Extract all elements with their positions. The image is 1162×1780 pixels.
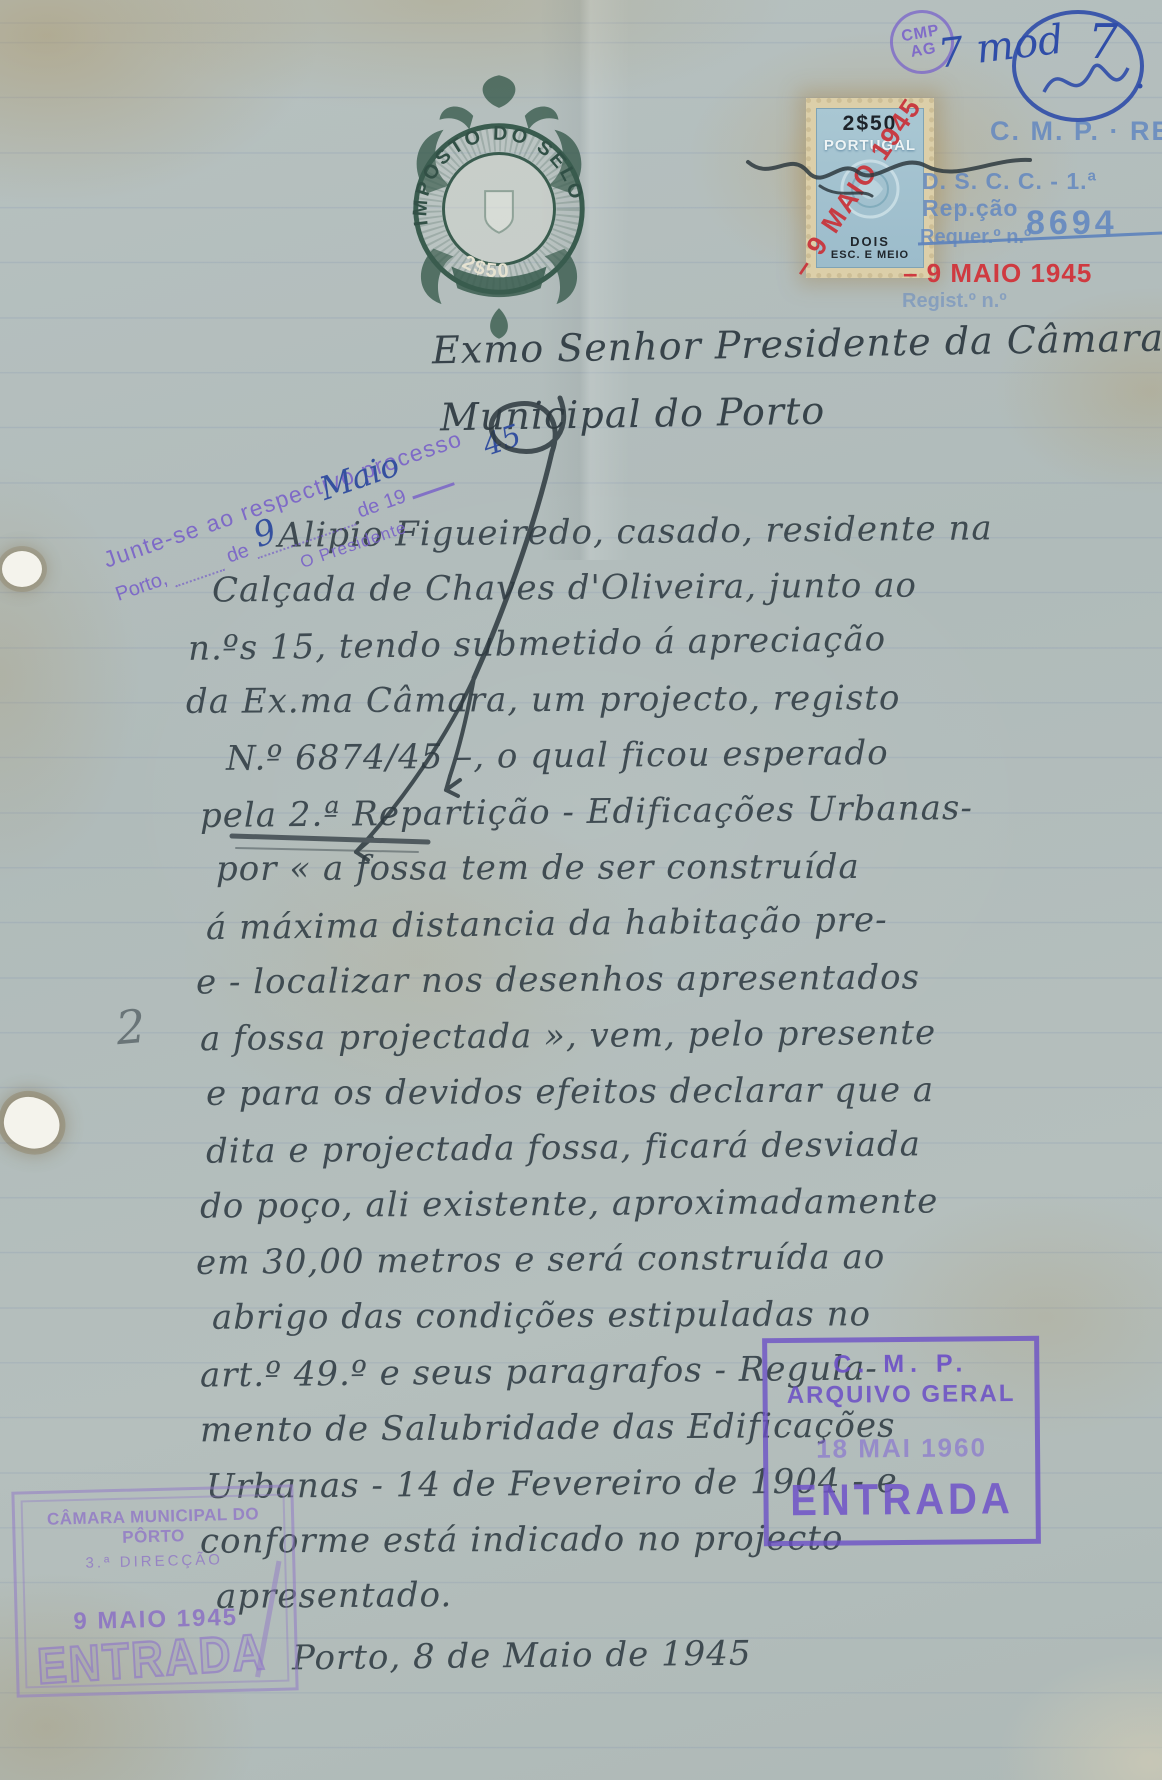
body-line: pela 2.ª Repartição - Edificações Urbana…	[200, 788, 973, 836]
body-line: em 30,00 metros e será construída ao	[196, 1237, 886, 1283]
arquivo-geral-stamp: C. M. P. ARQUIVO GERAL 18 MAI 1960 ENTRA…	[762, 1336, 1041, 1546]
body-line: e - localizar nos desenhos apresentados	[196, 957, 920, 1002]
blank-day	[170, 551, 226, 587]
body-line: do poço, ali existente, aproximadamente	[200, 1181, 939, 1226]
body-line: por « a fossa tem de ser construída	[216, 847, 860, 889]
registry-request-label: Requer.º n.º	[920, 226, 1031, 249]
tax-stamp-denom1: DOIS	[850, 234, 890, 249]
body-date-line: Porto, 8 de Maio de 1945	[292, 1634, 752, 1679]
registry-regist-label: Regist.º n.º	[902, 290, 1007, 313]
circled-number: 7	[1088, 14, 1119, 70]
arquivo-stamp-line2: ARQUIVO GERAL	[767, 1380, 1034, 1410]
document-page: IMPOSTO DO SELO 2$50 CMP AG 7 mod 7 2$50…	[0, 0, 1162, 1780]
body-line: conforme está indicado no projecto	[200, 1518, 844, 1561]
join-stamp-city: Porto,	[113, 568, 171, 607]
direccao-entrada-stamp: CÂMARA MUNICIPAL DO PÔRTO 3.ª DIRECÇÃO 9…	[11, 1484, 298, 1697]
body-line: abrigo das condições estipuladas no	[212, 1294, 871, 1337]
punch-hole	[2, 551, 42, 587]
body-line: Calçada de Chaves d'Oliveira, junto ao	[212, 566, 917, 611]
circled-number-annotation: 7	[1002, 6, 1158, 132]
arquivo-stamp-entrada: ENTRADA	[768, 1475, 1035, 1527]
cmp-ag-line2: AG	[909, 40, 938, 61]
arquivo-stamp-line1: C. M. P.	[767, 1349, 1034, 1380]
body-line: a fossa projectada », vem, pelo presente	[200, 1013, 936, 1059]
registry-request-number: 8694	[1026, 204, 1118, 243]
body-line: e para os devidos efeitos declarar que a	[206, 1070, 934, 1114]
body-line: á máxima distancia da habitação pre-	[206, 900, 888, 948]
body-line: N.º 6874/45 –, o qual ficou esperado	[226, 733, 889, 779]
body-line: dita e projectada fossa, ficará desviada	[206, 1124, 921, 1171]
arquivo-stamp-date: 18 MAI 1960	[768, 1432, 1035, 1465]
year-strike	[412, 482, 455, 499]
join-stamp-de1: de	[224, 539, 253, 568]
pencil-page-number: 2	[114, 999, 148, 1055]
tax-stamp-denom2: ESC. E MEIO	[831, 249, 909, 261]
registry-date-stamp: – 9 MAIO 1945	[903, 258, 1092, 289]
body-line: da Ex.ma Câmara, um projecto, registo	[186, 678, 901, 722]
imposto-do-selo-seal-icon: IMPOSTO DO SELO 2$50	[390, 72, 608, 340]
